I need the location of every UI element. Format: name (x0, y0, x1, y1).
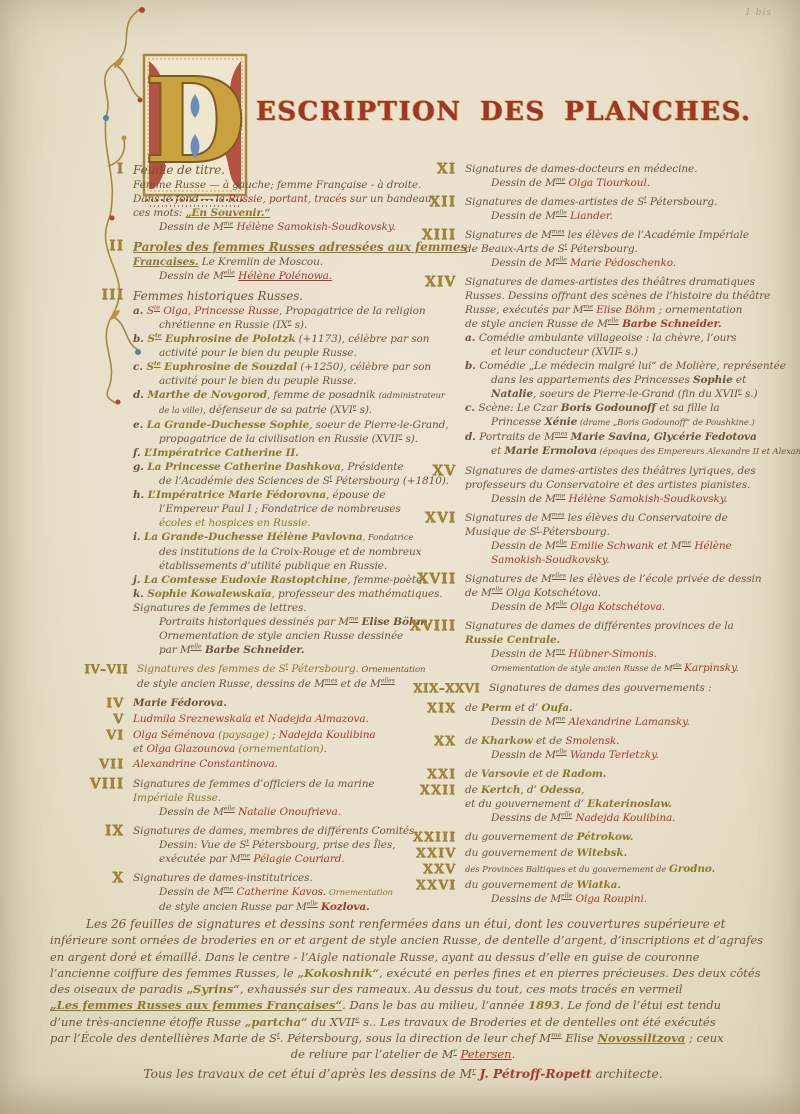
text-segment: Ste Euphrosine de Souzdal (146, 361, 297, 373)
text-line: Olga Séménova (paysage) ; Nadejda Koulib… (133, 728, 406, 742)
colophon: Les 26 feuilles de signatures et dessins… (50, 916, 756, 1082)
text-segment: de style ancien Russe de Melle (465, 318, 622, 330)
text-segment: Perm (481, 702, 512, 714)
text-segment: Signatures de dames-artistes des théâtre… (465, 276, 755, 288)
text-segment: Signatures de Mmes les élèves du Conserv… (465, 512, 728, 524)
text-line: Princesse Xénie (drame „Boris Godounoff“… (465, 415, 790, 430)
text-line: de Perm et d’ Oufa. (465, 701, 790, 715)
text-segment: Boris Godounoff (561, 402, 656, 414)
text-segment: Dessin de Mme (491, 648, 569, 660)
text-segment: Ste Euphrosine de Polotzk (147, 333, 295, 345)
text-segment: Signatures de dames-artistes des théâtre… (465, 465, 756, 477)
text-line: Signatures de femmes de lettres. (133, 601, 406, 615)
text-segment: de Melle Olga Kotschétova. (465, 587, 601, 599)
text-line: ces mots: „En Souvenir.“ (133, 206, 406, 220)
plate-description: Marie Fédorova. (133, 696, 406, 711)
plate-description: Signatures de Melles les élèves de l’éco… (465, 572, 790, 614)
plate-number: XXV (406, 862, 465, 877)
text-line: Dessin de Melle Olga Kotschétova. (465, 600, 790, 614)
text-line: i. La Grande-Duchesse Hélène Pavlovna, F… (133, 530, 406, 545)
plate-number: XX (406, 734, 465, 762)
text-segment: Pétrokow. (577, 831, 634, 843)
text-line: Tous les travaux de cet étui d’après les… (50, 1066, 756, 1082)
text-line: Natalie, soeurs de Pierre-le-Grand (fin … (465, 387, 790, 401)
text-line: Dessin de Melle Wanda Terletzky. (465, 748, 790, 762)
text-segment: Olga Séménova (133, 729, 218, 741)
text-segment: e. (133, 419, 147, 431)
text-segment: Natalie (491, 388, 533, 400)
text-segment: La Comtesse Eudoxie Rastoptchine (144, 574, 347, 586)
text-segment: Princesse (491, 416, 545, 428)
text-segment: Odessa (540, 784, 581, 796)
text-segment: „Kokoshnik“ (297, 966, 379, 980)
text-segment: Dessin de Melle (159, 806, 238, 818)
text-segment: activité pour le bien du peuple Russe. (159, 347, 357, 359)
text-segment: Dessin de Mme (159, 221, 237, 233)
text-segment: 1893 (528, 998, 560, 1012)
text-line: Les 26 feuilles de signatures et dessins… (50, 916, 756, 932)
text-segment: Kertch (481, 784, 520, 796)
text-line: Ornementation de style ancien Russe dess… (133, 629, 406, 643)
text-line: par l’École des dentellières Marie de St… (50, 1030, 756, 1046)
plate-entry-X: XSignatures de dames-institutrices.Dessi… (70, 871, 406, 914)
text-line: de la ville), défenseur de sa patrie (XV… (133, 403, 406, 418)
text-line: Dans le fond — la Russie, portant, tracé… (133, 192, 406, 206)
text-line: par Melle Barbe Schneider. (133, 643, 406, 657)
plate-entry-II: IIParoles des femmes Russes adressées au… (70, 239, 406, 283)
text-line: Signatures de dames-artistes de St Péter… (465, 195, 790, 209)
text-segment: d’une très-ancienne étoffe Russe (50, 1015, 245, 1029)
text-segment: par l’École des dentellières Marie de St… (50, 1031, 597, 1045)
text-segment: Dessin de Melle (159, 270, 238, 282)
text-segment: chrétienne en Russie (IXe s). (159, 319, 307, 331)
text-line: g. La Princesse Catherine Dashkova, Prés… (133, 460, 406, 474)
text-segment: J. Pétroff-Ropett (480, 1066, 592, 1081)
text-segment: Xénie (545, 416, 578, 428)
plate-entry-XXVI: XXVIdu gouvernement de Wiatka.Dessins de… (406, 878, 790, 906)
text-line: Signatures de Mmes les élèves du Conserv… (465, 511, 790, 525)
text-segment: de Beaux-Arts de St Pétersbourg. (465, 243, 638, 255)
text-line: du gouvernement de Wiatka. (465, 878, 790, 892)
plate-number: XII (406, 195, 465, 223)
plate-entry-IV–VII: IV–VIISignatures des femmes de St Péters… (70, 662, 406, 691)
text-segment: Samokish-Soudkovsky. (491, 554, 609, 566)
plate-entry-XVI: XVISignatures de Mmes les élèves du Cons… (406, 511, 790, 567)
text-segment: professeurs du Conservatoire et des arti… (465, 479, 750, 491)
text-line: du gouvernement de Pétrokow. (465, 830, 790, 844)
plate-number: XVII (406, 572, 465, 614)
text-segment: Signatures des femmes de St Pétersbourg. (137, 663, 359, 675)
text-line: „Les femmes Russes aux femmes Françaises… (50, 997, 756, 1013)
text-line: de reliure par l’atelier de Mr Petersen. (50, 1046, 756, 1062)
text-segment: Portraits de Mmes (479, 431, 570, 443)
plate-number: II (70, 239, 133, 283)
text-segment: Impériale Russe. (133, 792, 221, 804)
text-segment: , soeurs de Pierre-le-Grand (fin du XVII… (533, 388, 757, 400)
text-segment: et de (529, 768, 562, 780)
text-segment: c. (133, 361, 146, 373)
plate-number: XI (406, 162, 465, 190)
plate-entry-XIII: XIIISignatures de Mmes les élèves de l’A… (406, 228, 790, 270)
text-segment: Signatures de dames, membres de différen… (133, 825, 418, 837)
text-segment: Dessin de Melle (491, 257, 570, 269)
plate-number: VII (70, 757, 133, 772)
text-line: Marie Fédorova. (133, 696, 406, 710)
text-segment: et Mme (654, 540, 694, 552)
text-segment: Alexandrine Lamansky. (569, 716, 690, 728)
plates-list: IFeuille de titre.Femme Russe — à gauche… (70, 162, 794, 919)
text-line: inférieure sont ornées de broderies en o… (50, 932, 756, 948)
text-segment: Grodno. (669, 863, 715, 875)
column-left: IFeuille de titre.Femme Russe — à gauche… (70, 162, 406, 919)
plate-number: XXIV (406, 846, 465, 861)
text-line: Alexandrine Constantinova. (133, 757, 406, 771)
text-segment: Dessin de Melle (491, 210, 570, 222)
text-segment: Feuille de titre. (133, 163, 225, 177)
text-segment: Portraits historiques dessinés par Mme (159, 616, 362, 628)
plate-number: XVI (406, 511, 465, 567)
plate-description: Signatures de femmes d’officiers de la m… (133, 777, 406, 819)
text-line: Dessin de Mme Olga Tiourkoul. (465, 176, 790, 190)
text-line: b. Comédie „Le médecin malgré lui“ de Mo… (465, 359, 790, 373)
text-segment: Barbe Schneider. (622, 318, 721, 330)
text-line: Signatures de dames des gouvernements : (489, 681, 790, 695)
text-segment: Hélène Samokish-Soudkovsky. (569, 493, 728, 505)
text-segment: exécutée par Mme (159, 853, 253, 865)
text-segment: Alexandrine Constantinova. (133, 758, 278, 770)
text-line: Impériale Russe. (133, 791, 406, 805)
text-segment: a. (133, 305, 147, 317)
text-segment: . (512, 1047, 516, 1061)
text-segment: Nadejda Koulibina (279, 729, 376, 741)
plate-entry-XIV: XIVSignatures de dames-artistes des théâ… (406, 275, 790, 459)
text-segment: , épouse de (326, 489, 385, 501)
plate-number: XXII (406, 783, 465, 825)
text-line: Dessin: Vue de St Pétersbourg, prise des… (133, 838, 406, 852)
text-segment: k. (133, 588, 147, 600)
text-line: Russes. Dessins offrant des scènes de l’… (465, 289, 790, 303)
text-segment: Dessin de Mme (159, 886, 237, 898)
text-segment: Witebsk. (577, 847, 628, 859)
plate-description: de Perm et d’ Oufa.Dessin de Mme Alexand… (465, 701, 790, 729)
text-segment: de (465, 768, 481, 780)
text-segment: des Provinces Baltiques et du gouverneme… (465, 865, 669, 875)
text-segment: des institutions de la Croix-Rouge et de… (159, 546, 421, 558)
text-line: Ornementation de style ancien Russe de M… (465, 661, 790, 676)
plate-description: Feuille de titre.Femme Russe — à gauche;… (133, 162, 406, 234)
text-line: Dessin de Melle Hélène Polénowa. (133, 269, 406, 283)
text-segment: Signatures de dames-docteurs en médecine… (465, 163, 697, 175)
plate-description: Paroles des femmes Russes adressées aux … (133, 239, 406, 283)
plate-description: Signatures de dames-artistes de St Péter… (465, 195, 790, 223)
plate-entry-IX: IXSignatures de dames, membres de différ… (70, 824, 406, 866)
plate-description: de Kertch, d’ Odessa,et du gouvernement … (465, 783, 790, 825)
text-line: Dessin de Mme Hélène Samokish-Soudkovsky… (465, 492, 790, 506)
text-line: Dessin de Mme Alexandrine Lamansky. (465, 715, 790, 729)
text-segment: h. (133, 489, 148, 501)
text-line: exécutée par Mme Pélagie Couriard. (133, 852, 406, 866)
text-segment: activité pour le bien du peuple Russe. (159, 375, 357, 387)
text-line: Signatures de dames-docteurs en médecine… (465, 162, 790, 176)
text-segment: de style ancien Russe par Melle (159, 901, 321, 913)
text-segment: Natalie Onoufrieva. (238, 806, 341, 818)
plate-description: Ludmila Sreznewskaïa et Nadejda Almazova… (133, 712, 406, 727)
plate-description: Signatures de Mmes les élèves du Conserv… (465, 511, 790, 567)
text-line: et du gouvernement d’ Ekaterinoslaw. (465, 797, 790, 811)
text-line: Musique de St-Pétersbourg. (465, 525, 790, 539)
plate-entry-III: IIIFemmes historiques Russes.a. Ste Olga… (70, 288, 406, 657)
plate-entry-XV: XVSignatures de dames-artistes des théât… (406, 464, 790, 506)
text-line: de style ancien Russe par Melle Kozlova. (133, 900, 406, 914)
text-segment: Ornementation (326, 888, 393, 898)
text-segment: et (733, 374, 746, 386)
text-segment: , Présidente (341, 461, 404, 473)
text-segment: Ornementation de style ancien Russe dess… (159, 630, 403, 642)
plate-number: III (70, 288, 133, 657)
plate-description: Signatures de dames-artistes des théâtre… (465, 275, 790, 459)
text-segment: Marthe de Novgorod (147, 389, 267, 401)
text-segment: Wiatka. (577, 879, 621, 891)
text-line: Femme Russe — à gauche; femme Française … (133, 178, 406, 192)
text-line: du gouvernement de Witebsk. (465, 846, 790, 860)
text-segment: Kharkow (481, 735, 533, 747)
text-segment: Ludmila Sreznewskaïa et Nadejda Almazova… (133, 713, 369, 725)
text-segment: „En Souvenir.“ (186, 207, 271, 219)
plate-number: XIX–XXVI (406, 681, 489, 696)
text-segment: Hélène Polénowa. (238, 270, 332, 282)
text-segment: , d’ (520, 784, 540, 796)
text-segment: Olga Tiourkoul. (569, 177, 650, 189)
plate-entry-XVII: XVIISignatures de Melles les élèves de l… (406, 572, 790, 614)
text-segment: et sa fille la (656, 402, 720, 414)
text-segment: Olga Roupini. (575, 893, 647, 905)
text-line: d. Marthe de Novgorod, femme de posadnik… (133, 388, 406, 403)
text-segment: Russes. Dessins offrant des scènes de l’… (465, 290, 770, 302)
text-segment: Dessin de Mme (491, 177, 569, 189)
text-segment: b. (133, 333, 147, 345)
text-segment: de (465, 702, 481, 714)
plate-entry-VII: VIIAlexandrine Constantinova. (70, 757, 406, 772)
text-segment: Dessin: Vue de St Pétersbourg, prise des… (159, 839, 395, 851)
text-segment: Marie Pédoschenko. (570, 257, 676, 269)
plate-number: VI (70, 728, 133, 756)
text-line: d’une très-ancienne étoffe Russe „partch… (50, 1014, 756, 1030)
text-segment: La Grande-Duchesse Sophie (147, 419, 310, 431)
text-segment: Olga Kotschétova. (570, 601, 665, 613)
plate-entry-XXI: XXIde Varsovie et de Radom. (406, 767, 790, 782)
text-segment: et de (533, 735, 566, 747)
text-segment: ; ornementation (655, 304, 742, 316)
text-line: Russe, exécutés par Mme Elise Böhm ; orn… (465, 303, 790, 317)
text-segment: de reliure par l’atelier de Mr (291, 1047, 461, 1061)
text-segment: Signatures de dames-institutrices. (133, 872, 313, 884)
text-line: c. Ste Euphrosine de Souzdal (+1250), cé… (133, 360, 406, 374)
text-segment: architecte. (592, 1067, 663, 1081)
plate-description: Signatures de dames de différentes provi… (465, 619, 790, 676)
text-line: activité pour le bien du peuple Russe. (133, 346, 406, 360)
text-line: des institutions de la Croix-Rouge et de… (133, 545, 406, 559)
text-segment: . (324, 743, 327, 755)
text-segment: a. (465, 332, 479, 344)
plate-description: Signatures de dames, membres de différen… (133, 824, 406, 866)
text-segment: . Dans le bas au milieu, l’année (342, 998, 528, 1012)
text-line: établissements d’utilité publique en Rus… (133, 559, 406, 573)
text-segment: Catherine Kavos. (237, 886, 327, 898)
text-line: des oiseaux de paradis „Syrins“, exhauss… (50, 981, 756, 997)
text-line: Dessin de Melle Liander. (465, 209, 790, 223)
text-segment: L’Impératrice Catherine II. (144, 447, 299, 459)
text-segment: Olga Glazounova (146, 743, 238, 755)
plate-entry-XX: XXde Kharkow et de Smolensk.Dessin de Me… (406, 734, 790, 762)
text-segment: Sophie Kowalewskaïa (147, 588, 271, 600)
text-line: Signatures de dames-institutrices. (133, 871, 406, 885)
text-segment: j. (133, 574, 144, 586)
text-segment: Femmes historiques Russes. (133, 289, 303, 303)
text-segment: l’ancienne coiffure des femmes Russes, l… (50, 966, 297, 980)
text-segment: de (465, 784, 481, 796)
text-line: Dessin de Mme Hübner-Simonis. (465, 647, 790, 661)
text-segment: Signatures de femmes de lettres. (133, 602, 307, 614)
text-line: d. Portraits de Mmes Marie Savina, Glycé… (465, 430, 790, 444)
text-segment: Les 26 feuilles de signatures et dessins… (86, 917, 725, 931)
plate-entry-VIII: VIIISignatures de femmes d’officiers de … (70, 777, 406, 819)
plate-entry-XIX–XXVI: XIX–XXVISignatures de dames des gouverne… (406, 681, 790, 696)
text-segment: Oufa. (541, 702, 572, 714)
text-line: a. Ste Olga, Princesse Russe, Propagatri… (133, 304, 406, 318)
text-segment: Hélène (694, 540, 731, 552)
column-right: XISignatures de dames-docteurs en médeci… (406, 162, 790, 919)
plate-number: V (70, 712, 133, 727)
text-segment: Signatures de Mmes les élèves de l’Acadé… (465, 229, 749, 241)
plate-description: du gouvernement de Pétrokow. (465, 830, 790, 845)
text-segment: ces mots: (133, 207, 186, 219)
text-line: dans les appartements des Princesses Sop… (465, 373, 790, 387)
text-line: Dessin de Melle Natalie Onoufrieva. (133, 805, 406, 819)
text-segment: Comédie ambulante villageoise : la chèvr… (479, 332, 737, 344)
text-segment: du XVIIe s.. Les travaux de Broderies et… (308, 1015, 716, 1029)
text-segment: (drame „Boris Godounoff“ de Poushkine.) (577, 418, 754, 428)
text-line: Signatures des femmes de St Pétersbourg.… (137, 662, 406, 677)
text-segment: du gouvernement de (465, 847, 577, 859)
text-segment: Nadejda Koulibina. (575, 812, 675, 824)
text-segment: Dessin de Melle (491, 540, 570, 552)
text-segment: par Melle (159, 644, 205, 656)
text-segment: Ste Olga, Princesse Russe (147, 305, 279, 317)
text-line: en argent doré et émaillé. Dans le centr… (50, 949, 756, 965)
text-line: de Kharkow et de Smolensk. (465, 734, 790, 748)
text-segment: , exécuté en perles fines et en pierres … (379, 966, 760, 980)
text-segment: Russe, exécutés par Mme (465, 304, 596, 316)
text-line: Femmes historiques Russes. (133, 288, 406, 304)
plate-description: Signatures de Mmes les élèves de l’Acadé… (465, 228, 790, 270)
text-segment: des oiseaux de paradis (50, 982, 186, 996)
plate-number: XXVI (406, 878, 465, 906)
text-line: Samokish-Soudkovsky. (465, 553, 790, 567)
manuscript-page: 1 bis D escrip (0, 0, 800, 1114)
text-line: de Melle Olga Kotschétova. (465, 586, 790, 600)
text-segment: b. (465, 360, 479, 372)
plate-description: du gouvernement de Wiatka.Dessins de Mel… (465, 878, 790, 906)
text-segment: Karpinsky. (684, 662, 739, 674)
text-segment: , exhaussés sur des rameaux. Au dessus d… (240, 982, 683, 996)
plate-description: Olga Séménova (paysage) ; Nadejda Koulib… (133, 728, 406, 756)
text-line: Dessin de Mme Catherine Kavos. Ornementa… (133, 885, 406, 900)
text-segment: écoles et hospices en Russie. (159, 517, 311, 529)
text-segment: La Princesse Catherine Dashkova (147, 461, 340, 473)
text-line: Signatures de dames-artistes des théâtre… (465, 275, 790, 289)
text-segment: du gouvernement de (465, 879, 577, 891)
text-segment: ; ceux (685, 1031, 723, 1045)
plate-number: VIII (70, 777, 133, 819)
text-segment: et du gouvernement d’ (465, 798, 587, 810)
text-segment: et (133, 743, 146, 755)
text-line: l’ancienne coiffure des femmes Russes, l… (50, 965, 756, 981)
text-segment: Femme Russe — à gauche; femme Française … (133, 179, 421, 191)
text-segment: Dessins de Melle (491, 812, 575, 824)
text-segment: i. (133, 531, 144, 543)
text-line: des Provinces Baltiques et du gouverneme… (465, 862, 790, 877)
text-segment: Comédie „Le médecin malgré lui“ de Moliè… (479, 360, 786, 372)
text-segment: propagatrice de la civilisation en Russi… (159, 433, 418, 445)
plate-number: XV (406, 464, 465, 506)
text-segment: c. (465, 402, 478, 414)
text-line: Paroles des femmes Russes adressées aux … (133, 239, 406, 255)
text-line: chrétienne en Russie (IXe s). (133, 318, 406, 332)
plate-description: Signatures de dames-artistes des théâtre… (465, 464, 790, 506)
text-line: Signatures de dames, membres de différen… (133, 824, 406, 838)
plate-entry-XIX: XIXde Perm et d’ Oufa.Dessin de Mme Alex… (406, 701, 790, 729)
text-segment: Musique de St-Pétersbourg. (465, 526, 610, 538)
text-segment: Emilie Schwank (570, 540, 654, 552)
text-segment: Signatures de dames de différentes provi… (465, 620, 734, 632)
page-title: escription des Planches. (256, 97, 776, 127)
text-segment: de la ville) (159, 406, 203, 416)
plate-description: du gouvernement de Witebsk. (465, 846, 790, 861)
plate-entry-IV: IVMarie Fédorova. (70, 696, 406, 711)
text-line: Dessins de Melle Olga Roupini. (465, 892, 790, 906)
text-segment: de (465, 735, 481, 747)
text-segment: établissements d’utilité publique en Rus… (159, 560, 387, 572)
text-line: de Varsovie et de Radom. (465, 767, 790, 781)
text-segment: Dessins de Melle (491, 893, 575, 905)
plate-entry-XXIV: XXIVdu gouvernement de Witebsk. (406, 846, 790, 861)
plate-description: Signatures de dames des gouvernements : (489, 681, 790, 696)
plate-description: de Kharkow et de Smolensk.Dessin de Mell… (465, 734, 790, 762)
text-segment: Signatures de dames des gouvernements : (489, 682, 712, 694)
text-line: activité pour le bien du peuple Russe. (133, 374, 406, 388)
text-segment: Wanda Terletzky. (570, 749, 659, 761)
text-segment: (paysage) (218, 729, 269, 741)
text-segment: Le Kremlin de Moscou. (198, 256, 323, 268)
text-line: Dessin de Melle Marie Pédoschenko. (465, 256, 790, 270)
text-segment: Signatures de dames-artistes de St Péter… (465, 196, 717, 208)
text-segment: „partcha“ (245, 1015, 308, 1029)
text-line: h. L’Impératrice Marie Fédorovna, épouse… (133, 488, 406, 502)
text-line: b. Ste Euphrosine de Polotzk (+1173), cé… (133, 332, 406, 346)
text-segment: dans les appartements des Princesses (491, 374, 693, 386)
text-line: professeurs du Conservatoire et des arti… (465, 478, 790, 492)
plate-number: XXI (406, 767, 465, 782)
text-line: l’Empereur Paul I ; Fondatrice de nombre… (133, 502, 406, 516)
text-segment: (époques des Empereurs Alexandre II et A… (597, 447, 800, 457)
plate-entry-VI: VIOlga Séménova (paysage) ; Nadejda Koul… (70, 728, 406, 756)
plate-entry-XXV: XXVdes Provinces Baltiques et du gouvern… (406, 862, 790, 877)
text-segment: (ornementation) (238, 743, 323, 755)
text-line: Signatures de Mmes les élèves de l’Acadé… (465, 228, 790, 242)
text-segment: Dessin de Melle (491, 601, 570, 613)
text-line: Dessins de Melle Nadejda Koulibina. (465, 811, 790, 825)
text-segment: ; (269, 729, 279, 741)
